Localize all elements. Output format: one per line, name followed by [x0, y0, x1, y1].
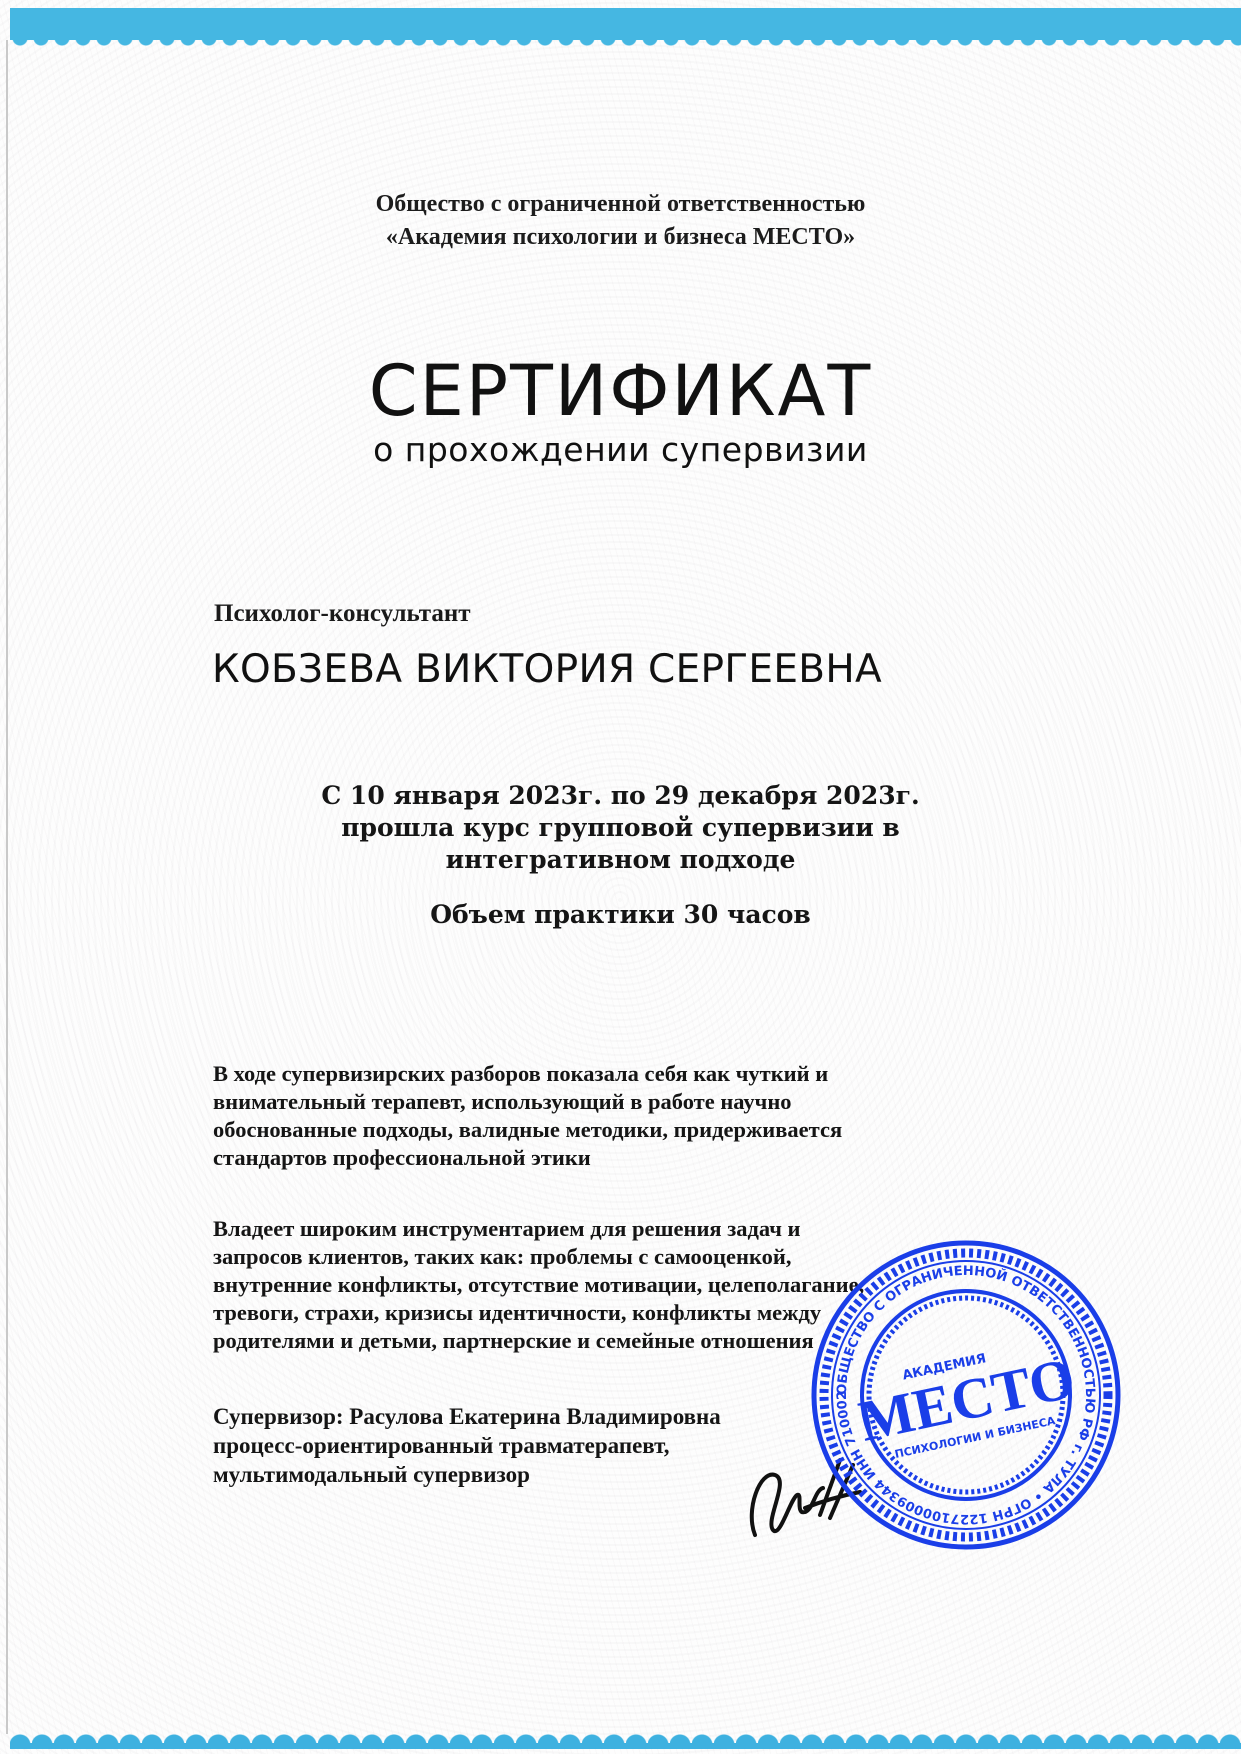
organization-header: Общество с ограниченной ответственностью… — [0, 188, 1241, 254]
paragraph-line: внимательный терапевт, использующий в ра… — [213, 1088, 973, 1116]
certificate-subtitle: о прохождении супервизии — [0, 430, 1241, 470]
organization-stamp-icon: ОБЩЕСТВО С ОГРАНИЧЕННОЙ ОТВЕТСТВЕННОСТЬЮ… — [808, 1237, 1124, 1553]
paper-edge — [6, 40, 8, 1734]
certificate-title: СЕРТИФИКАТ — [0, 355, 1241, 427]
top-decorative-band — [10, 8, 1241, 40]
course-period: С 10 января 2023г. по 29 декабря 2023г. … — [0, 780, 1241, 876]
supervisor-name: Супервизор: Расулова Екатерина Владимиро… — [213, 1402, 721, 1431]
bottom-decorative-band — [10, 1733, 1241, 1749]
recipient-name: КОБЗЕВА ВИКТОРИЯ СЕРГЕЕВНА — [212, 647, 882, 692]
practice-hours: Объем практики 30 часов — [0, 900, 1241, 929]
organization-line-2: «Академия психологии и бизнеса МЕСТО» — [0, 221, 1241, 254]
assessment-paragraph: В ходе супервизирских разборов показала … — [213, 1060, 973, 1172]
organization-line-1: Общество с ограниченной ответственностью — [0, 188, 1241, 221]
paragraph-line: В ходе супервизирских разборов показала … — [213, 1060, 973, 1088]
supervisor-block: Супервизор: Расулова Екатерина Владимиро… — [213, 1402, 721, 1489]
supervisor-title-2: мультимодальный супервизор — [213, 1460, 721, 1489]
period-line-1: С 10 января 2023г. по 29 декабря 2023г. — [0, 780, 1241, 812]
paragraph-line: обоснованные подходы, валидные методики,… — [213, 1116, 973, 1144]
paragraph-line: стандартов профессиональной этики — [213, 1144, 973, 1172]
period-line-3: интегративном подходе — [0, 844, 1241, 876]
supervisor-title-1: процесс-ориентированный травматерапевт, — [213, 1431, 721, 1460]
recipient-role: Психолог-консультант — [214, 600, 471, 628]
period-line-2: прошла курс групповой супервизии в — [0, 812, 1241, 844]
